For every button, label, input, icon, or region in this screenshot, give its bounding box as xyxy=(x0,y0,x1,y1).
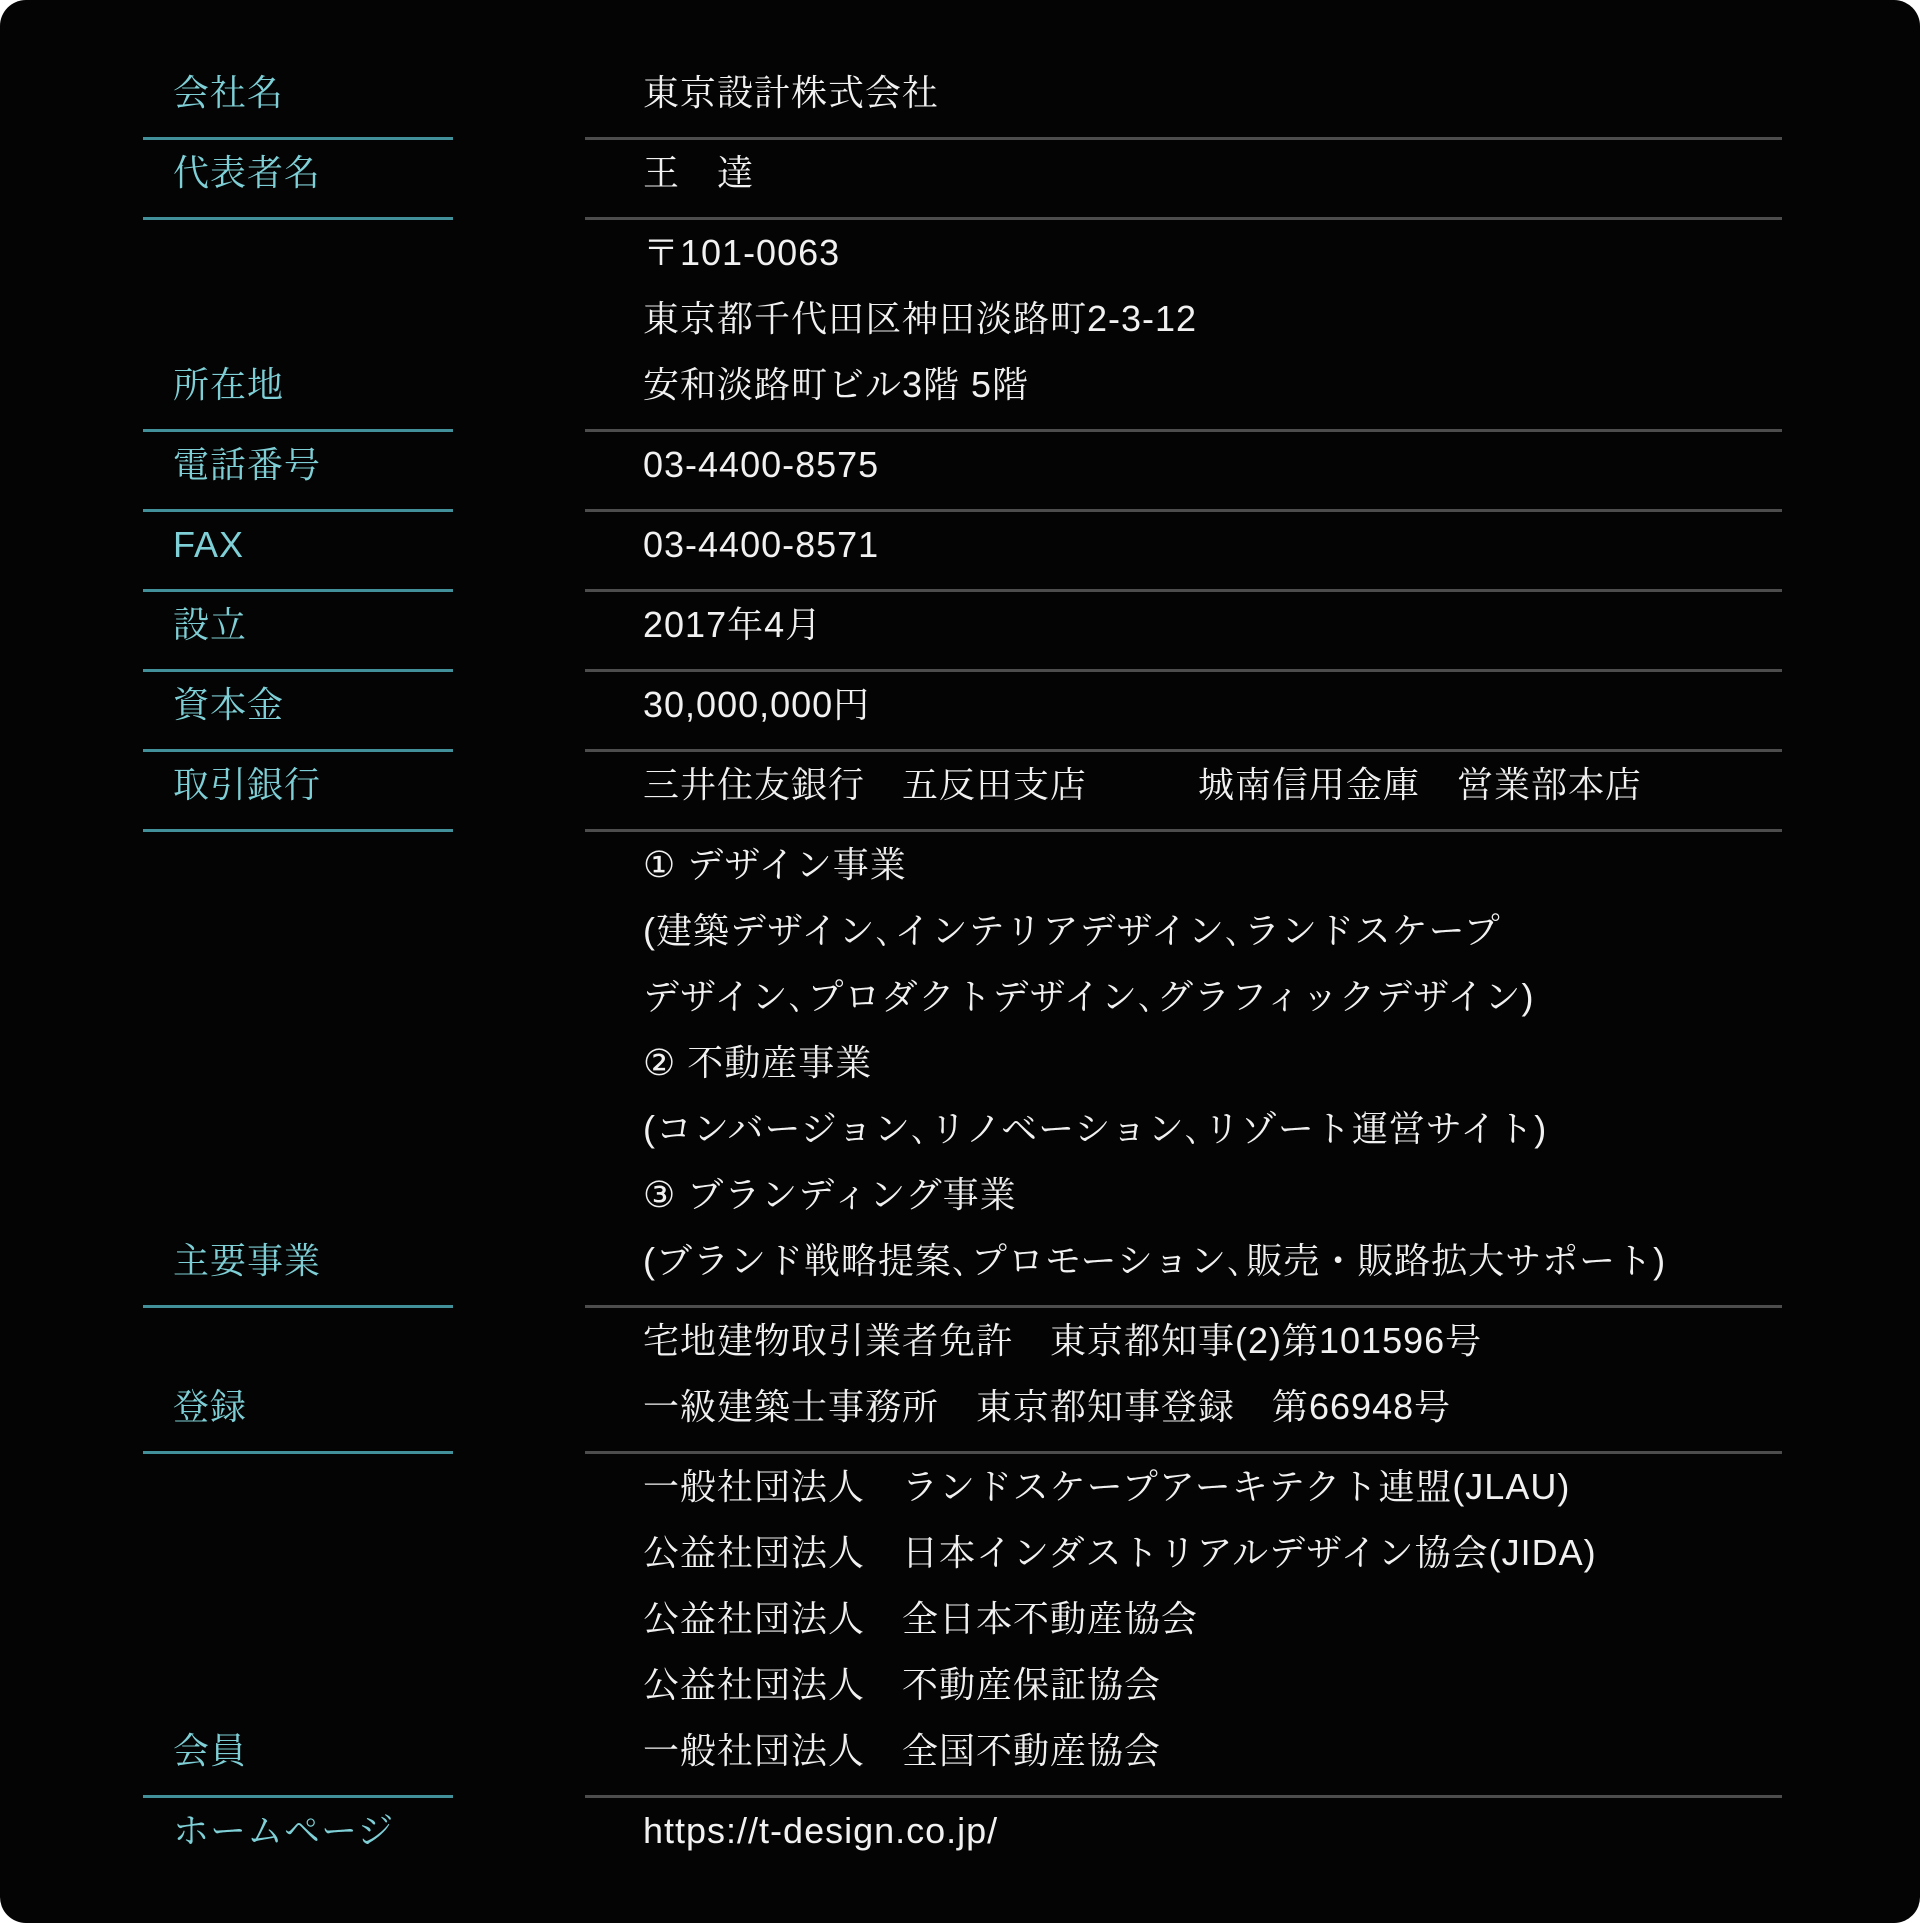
row-label-established: 設立 xyxy=(143,592,453,672)
value-line: 王 達 xyxy=(643,140,1782,206)
row-value-membership: 一般社団法人 ランドスケープアーキテクト連盟(JLAU) 公益社団法人 日本イン… xyxy=(585,1454,1782,1798)
value-line: 三井住友銀行 五反田支店 城南信用金庫 営業部本店 xyxy=(643,752,1782,818)
row-value-capital: 30,000,000円 xyxy=(585,672,1782,752)
row-value-phone-number: 03-4400-8575 xyxy=(585,432,1782,512)
row-fax: FAX 03-4400-8571 xyxy=(143,512,1920,592)
row-label-capital: 資本金 xyxy=(143,672,453,752)
value-line-postal-code: 〒101-0063 xyxy=(643,220,1782,286)
row-value-registration: 宅地建物取引業者免許 東京都知事(2)第101596号 一級建築士事務所 東京都… xyxy=(585,1308,1782,1454)
row-value-homepage: https://t-design.co.jp/ xyxy=(585,1798,1782,1875)
value-line: 東京設計株式会社 xyxy=(643,60,1782,126)
row-value-fax: 03-4400-8571 xyxy=(585,512,1782,592)
row-value-established: 2017年4月 xyxy=(585,592,1782,672)
row-value-address: 〒101-0063 東京都千代田区神田淡路町2-3-12 安和淡路町ビル3階 5… xyxy=(585,220,1782,432)
row-representative-name: 代表者名 王 達 xyxy=(143,140,1920,220)
value-line-building: 安和淡路町ビル3階 5階 xyxy=(643,352,1782,418)
row-capital: 資本金 30,000,000円 xyxy=(143,672,1920,752)
row-value-banks: 三井住友銀行 五反田支店 城南信用金庫 営業部本店 xyxy=(585,752,1782,832)
row-label-fax: FAX xyxy=(143,512,453,592)
homepage-link[interactable]: https://t-design.co.jp/ xyxy=(643,1798,1782,1864)
value-line-license-1: 宅地建物取引業者免許 東京都知事(2)第101596号 xyxy=(643,1308,1782,1374)
value-line: 03-4400-8571 xyxy=(643,512,1782,578)
row-label-homepage: ホームページ xyxy=(143,1798,453,1875)
row-label-representative-name: 代表者名 xyxy=(143,140,453,220)
row-value-company-name: 東京設計株式会社 xyxy=(585,60,1782,140)
row-main-business: 主要事業 ① デザイン事業 (建築デザイン､インテリアデザイン､ランドスケープ … xyxy=(143,832,1920,1308)
row-banks: 取引銀行 三井住友銀行 五反田支店 城南信用金庫 営業部本店 xyxy=(143,752,1920,832)
row-label-registration: 登録 xyxy=(143,1374,453,1454)
value-line-membership-1: 一般社団法人 ランドスケープアーキテクト連盟(JLAU) xyxy=(643,1454,1782,1520)
value-line-membership-4: 公益社団法人 不動産保証協会 xyxy=(643,1652,1782,1718)
row-label-phone-number: 電話番号 xyxy=(143,432,453,512)
row-label-membership: 会員 xyxy=(143,1718,453,1798)
value-line: 2017年4月 xyxy=(643,592,1782,658)
row-label-main-business: 主要事業 xyxy=(143,1228,453,1308)
value-line-membership-3: 公益社団法人 全日本不動産協会 xyxy=(643,1586,1782,1652)
row-address: 所在地 〒101-0063 東京都千代田区神田淡路町2-3-12 安和淡路町ビル… xyxy=(143,220,1920,432)
value-line-business-3-detail: (ブランド戦略提案､プロモーション､販売・販路拡大サポート) xyxy=(643,1228,1782,1294)
value-line-business-1-detail-cont: デザイン､プロダクトデザイン､グラフィックデザイン) xyxy=(643,964,1782,1030)
value-line-business-2-detail: (コンバージョン､リノベーション､リゾート運営サイト) xyxy=(643,1096,1782,1162)
value-line-street: 東京都千代田区神田淡路町2-3-12 xyxy=(643,286,1782,352)
row-value-representative-name: 王 達 xyxy=(585,140,1782,220)
value-line-business-3: ③ ブランディング事業 xyxy=(643,1162,1782,1228)
row-company-name: 会社名 東京設計株式会社 xyxy=(143,60,1920,140)
row-label-banks: 取引銀行 xyxy=(143,752,453,832)
company-profile-panel: 会社名 東京設計株式会社 代表者名 王 達 所在地 〒101-0063 東京都千… xyxy=(0,0,1920,1923)
value-line: 30,000,000円 xyxy=(643,672,1782,738)
row-established: 設立 2017年4月 xyxy=(143,592,1920,672)
value-line-business-1-detail: (建築デザイン､インテリアデザイン､ランドスケープ xyxy=(643,898,1782,964)
value-line: 03-4400-8575 xyxy=(643,432,1782,498)
row-phone-number: 電話番号 03-4400-8575 xyxy=(143,432,1920,512)
row-value-main-business: ① デザイン事業 (建築デザイン､インテリアデザイン､ランドスケープ デザイン､… xyxy=(585,832,1782,1308)
row-homepage: ホームページ https://t-design.co.jp/ xyxy=(143,1798,1920,1875)
value-line-business-2: ② 不動産事業 xyxy=(643,1030,1782,1096)
value-line-membership-2: 公益社団法人 日本インダストリアルデザイン協会(JIDA) xyxy=(643,1520,1782,1586)
row-membership: 会員 一般社団法人 ランドスケープアーキテクト連盟(JLAU) 公益社団法人 日… xyxy=(143,1454,1920,1798)
row-label-company-name: 会社名 xyxy=(143,60,453,140)
row-label-address: 所在地 xyxy=(143,352,453,432)
value-line-membership-5: 一般社団法人 全国不動産協会 xyxy=(643,1718,1782,1784)
value-line-license-2: 一級建築士事務所 東京都知事登録 第66948号 xyxy=(643,1374,1782,1440)
row-registration: 登録 宅地建物取引業者免許 東京都知事(2)第101596号 一級建築士事務所 … xyxy=(143,1308,1920,1454)
value-line-business-1: ① デザイン事業 xyxy=(643,832,1782,898)
